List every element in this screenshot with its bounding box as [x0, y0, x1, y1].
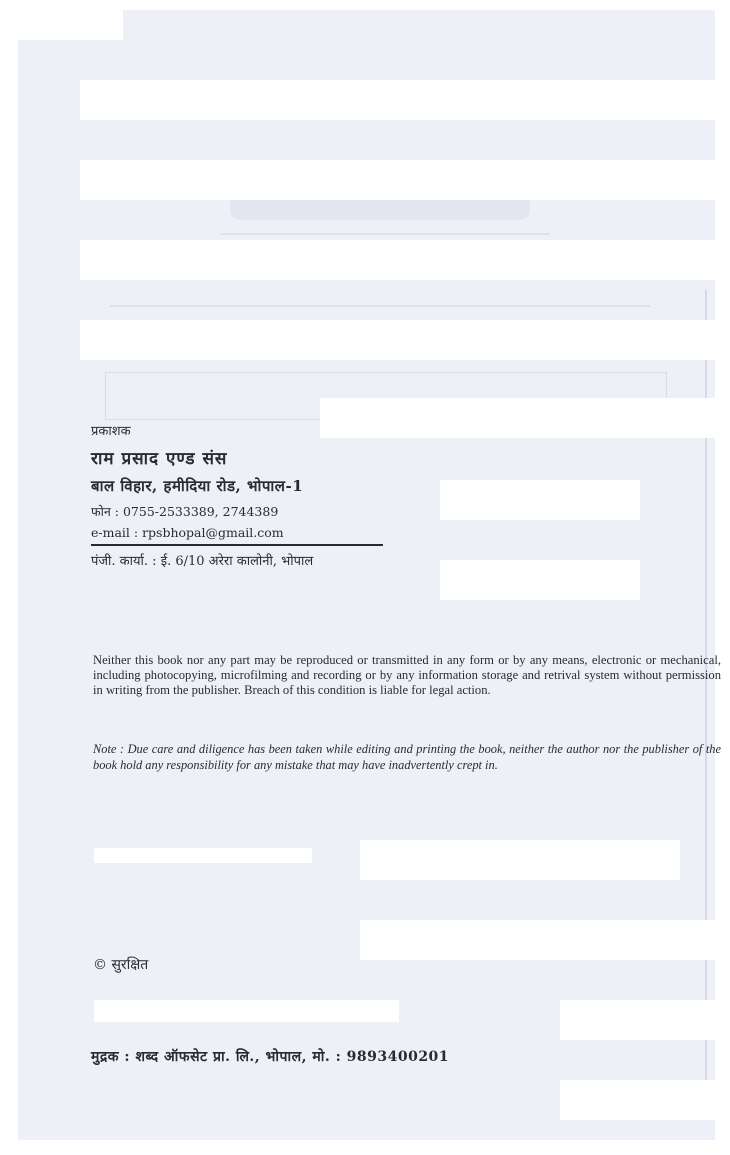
redaction-block [440, 480, 640, 520]
printer-line: मुद्रक : शब्द ऑफसेट प्रा. लि., भोपाल, मो… [91, 1047, 449, 1066]
disclaimer-note: Note : Due care and diligence has been t… [93, 741, 721, 773]
bleed-through-rule [110, 305, 650, 307]
redaction-block [94, 1000, 399, 1022]
publisher-label: प्रकाशक [91, 421, 131, 439]
publisher-phone: फोन : 0755-2533389, 2744389 [91, 503, 278, 520]
redaction-block [440, 560, 640, 600]
publisher-name: राम प्रसाद एण्ड संस [91, 446, 227, 469]
registered-office: पंजी. कार्या. : ई. 6/10 अरेरा कालोनी, भो… [91, 551, 313, 569]
redaction-block [80, 160, 715, 200]
redaction-block [560, 1080, 720, 1120]
redaction-block [560, 1000, 720, 1040]
divider [91, 544, 383, 546]
rights-notice: Neither this book nor any part may be re… [93, 653, 721, 698]
redaction-block [94, 848, 312, 863]
redaction-block [80, 80, 715, 120]
redaction-block [320, 398, 715, 438]
publisher-address: बाल विहार, हमीदिया रोड, भोपाल-1 [91, 476, 303, 496]
redaction-block [360, 920, 720, 960]
page-corner [18, 10, 123, 40]
redaction-block [80, 320, 715, 360]
bleed-through-rule [220, 233, 550, 235]
redaction-block [360, 840, 680, 880]
copyright-line: © सुरक्षित [93, 955, 148, 974]
publisher-email: e-mail : rpsbhopal@gmail.com [91, 525, 284, 540]
redaction-block [80, 240, 715, 280]
